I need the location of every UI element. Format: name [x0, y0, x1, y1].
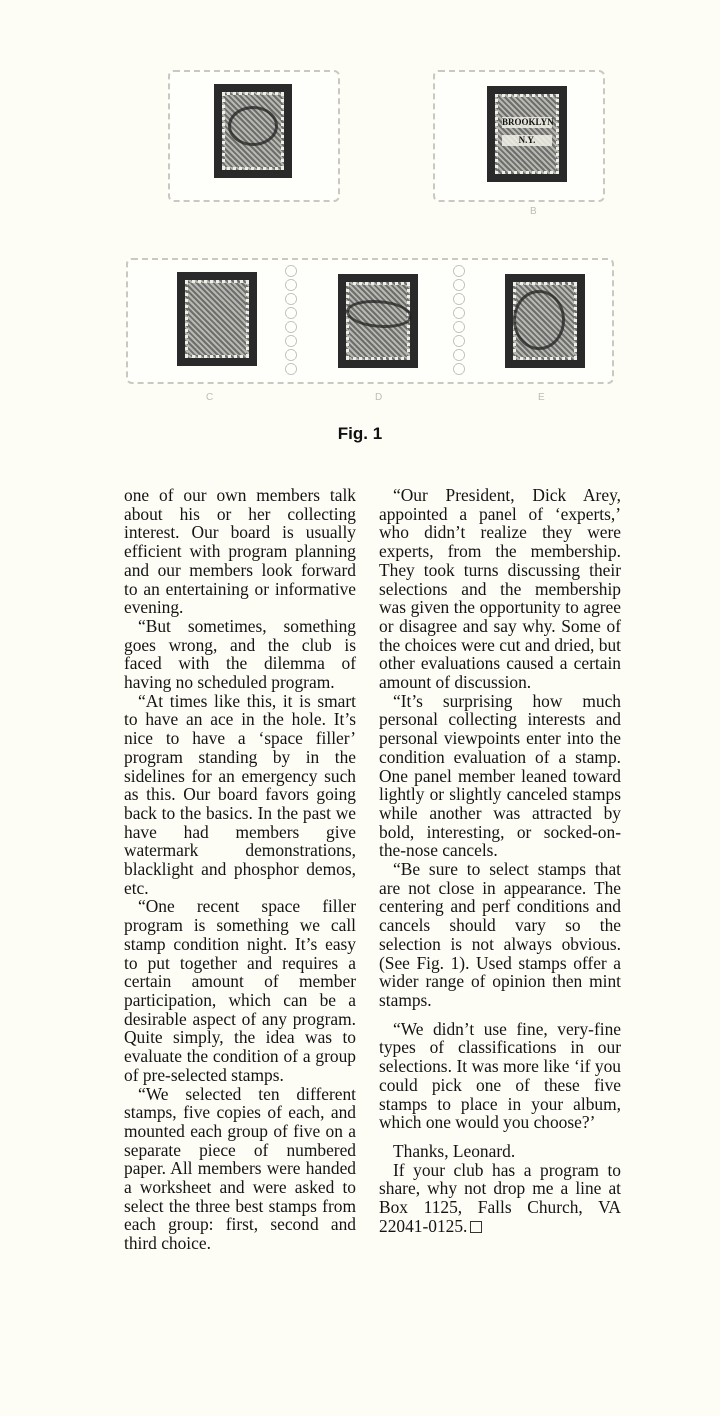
article-right-column: “Our President, Dick Arey, appointed a p… [379, 486, 621, 1235]
stamp-label-c: C [206, 392, 213, 403]
paragraph: “We selected ten different stamps, five … [124, 1085, 356, 1253]
overprint-line-2: N.Y. [502, 135, 552, 146]
stamp-mount-b: BROOKLYN N.Y. [433, 70, 605, 202]
stamp-d [338, 274, 418, 368]
end-of-article-box-icon [470, 1221, 482, 1233]
stamp-mount-a [168, 70, 340, 202]
paragraph: “But sometimes, something goes wrong, an… [124, 617, 356, 692]
paragraph: “At times like this, it is smart to have… [124, 692, 356, 898]
paragraph: “Our President, Dick Arey, appointed a p… [379, 486, 621, 692]
paragraph: “We didn’t use fine, very-fine types of … [379, 1020, 621, 1132]
stamp-label-e: E [538, 392, 545, 403]
figure-caption: Fig. 1 [0, 424, 720, 444]
stamp-b: BROOKLYN N.Y. [487, 86, 567, 182]
mount-divider [452, 264, 466, 376]
closing-paragraph: If your club has a program to share, why… [379, 1161, 621, 1236]
overprint-line-1: BROOKLYN [502, 117, 552, 128]
stamp-e [505, 274, 585, 368]
paragraph: “One recent space filler program is some… [124, 897, 356, 1084]
closing-text: If your club has a program to share, why… [379, 1160, 621, 1236]
paragraph: “It’s surprising how much personal colle… [379, 692, 621, 860]
figure-1: BROOKLYN N.Y. B C D E [0, 0, 720, 470]
cancel-mark [513, 290, 565, 350]
article-left-column: one of our own members talk about his or… [124, 486, 356, 1253]
stamp-c [177, 272, 257, 366]
sign-off: Thanks, Leonard. [379, 1142, 621, 1161]
paragraph: one of our own members talk about his or… [124, 486, 356, 617]
paragraph: “Be sure to select stamps that are not c… [379, 860, 621, 1010]
stamp-label-b: B [530, 206, 537, 217]
mount-divider [284, 264, 298, 376]
stamp-label-d: D [375, 392, 382, 403]
stamp-a [214, 84, 292, 178]
cancel-mark [228, 106, 278, 146]
